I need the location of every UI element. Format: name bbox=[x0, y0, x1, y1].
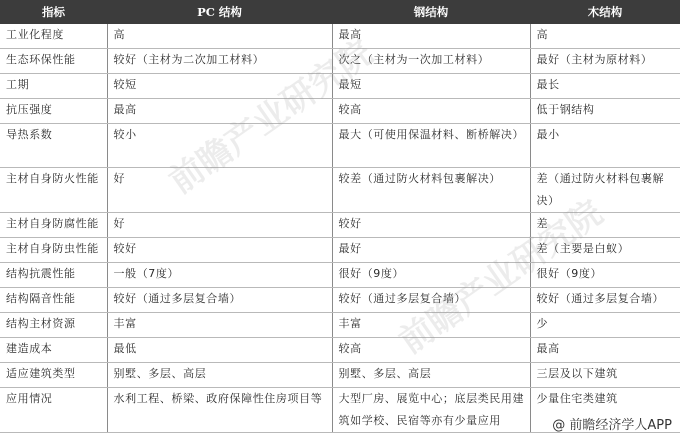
comparison-table: 指标 PC 结构 钢结构 木结构 工业化程度高最高高生态环保性能较好（主材为二次… bbox=[0, 0, 680, 433]
cell-indicator: 主材自身防腐性能 bbox=[0, 213, 107, 238]
cell-pc: 较短 bbox=[107, 74, 332, 99]
cell-indicator: 主材自身防虫性能 bbox=[0, 238, 107, 263]
table-row: 导热系数较小最大（可使用保温材料、断桥解决）最小 bbox=[0, 124, 680, 168]
cell-steel: 较好（通过多层复合墙） bbox=[332, 288, 530, 313]
cell-pc: 较好（通过多层复合墙） bbox=[107, 288, 332, 313]
table-row: 结构隔音性能较好（通过多层复合墙）较好（通过多层复合墙）较好（通过多层复合墙） bbox=[0, 288, 680, 313]
cell-wood: 最高 bbox=[530, 338, 680, 363]
cell-indicator: 工业化程度 bbox=[0, 24, 107, 49]
table-row: 主材自身防火性能好较差（通过防火材料包裹解决）差（通过防火材料包裹解决） bbox=[0, 168, 680, 213]
table-row: 生态环保性能较好（主材为二次加工材料）次之（主材为一次加工材料）最好（主材为原材… bbox=[0, 49, 680, 74]
cell-steel: 最好 bbox=[332, 238, 530, 263]
cell-indicator: 结构抗震性能 bbox=[0, 263, 107, 288]
cell-steel: 较好 bbox=[332, 213, 530, 238]
cell-pc: 较好（主材为二次加工材料） bbox=[107, 49, 332, 74]
cell-pc: 好 bbox=[107, 213, 332, 238]
cell-indicator: 导热系数 bbox=[0, 124, 107, 168]
source-credit: @ 前瞻经济学人APP bbox=[552, 414, 672, 433]
table-row: 工业化程度高最高高 bbox=[0, 24, 680, 49]
cell-pc: 好 bbox=[107, 168, 332, 213]
cell-wood: 最小 bbox=[530, 124, 680, 168]
cell-steel: 较高 bbox=[332, 99, 530, 124]
cell-steel: 最大（可使用保温材料、断桥解决） bbox=[332, 124, 530, 168]
cell-steel: 很好（9度） bbox=[332, 263, 530, 288]
cell-pc: 最低 bbox=[107, 338, 332, 363]
cell-pc: 丰富 bbox=[107, 313, 332, 338]
cell-wood: 高 bbox=[530, 24, 680, 49]
table-row: 建造成本最低较高最高 bbox=[0, 338, 680, 363]
cell-indicator: 生态环保性能 bbox=[0, 49, 107, 74]
cell-steel: 最短 bbox=[332, 74, 530, 99]
header-steel-structure: 钢结构 bbox=[332, 0, 530, 24]
cell-wood: 差（主要是白蚁） bbox=[530, 238, 680, 263]
cell-steel: 较差（通过防火材料包裹解决） bbox=[332, 168, 530, 213]
cell-pc: 水利工程、桥梁、政府保障性住房项目等 bbox=[107, 388, 332, 433]
cell-wood: 三层及以下建筑 bbox=[530, 363, 680, 388]
cell-wood: 少 bbox=[530, 313, 680, 338]
header-indicator: 指标 bbox=[0, 0, 107, 24]
table-row: 主材自身防虫性能较好最好差（主要是白蚁） bbox=[0, 238, 680, 263]
table-row: 适应建筑类型别墅、多层、高层别墅、多层、高层三层及以下建筑 bbox=[0, 363, 680, 388]
cell-indicator: 结构隔音性能 bbox=[0, 288, 107, 313]
table-row: 结构主材资源丰富丰富少 bbox=[0, 313, 680, 338]
header-row: 指标 PC 结构 钢结构 木结构 bbox=[0, 0, 680, 24]
cell-indicator: 适应建筑类型 bbox=[0, 363, 107, 388]
cell-pc: 最高 bbox=[107, 99, 332, 124]
cell-indicator: 结构主材资源 bbox=[0, 313, 107, 338]
cell-wood: 差 bbox=[530, 213, 680, 238]
table-row: 抗压强度最高较高低于钢结构 bbox=[0, 99, 680, 124]
cell-steel: 较高 bbox=[332, 338, 530, 363]
cell-steel: 最高 bbox=[332, 24, 530, 49]
cell-wood: 最长 bbox=[530, 74, 680, 99]
cell-indicator: 工期 bbox=[0, 74, 107, 99]
cell-pc: 较好 bbox=[107, 238, 332, 263]
cell-wood: 很好（9度） bbox=[530, 263, 680, 288]
header-pc-structure: PC 结构 bbox=[107, 0, 332, 24]
cell-steel: 别墅、多层、高层 bbox=[332, 363, 530, 388]
cell-indicator: 抗压强度 bbox=[0, 99, 107, 124]
cell-pc: 一般（7度） bbox=[107, 263, 332, 288]
table-row: 结构抗震性能一般（7度）很好（9度）很好（9度） bbox=[0, 263, 680, 288]
cell-wood: 差（通过防火材料包裹解决） bbox=[530, 168, 680, 213]
table-row: 工期较短最短最长 bbox=[0, 74, 680, 99]
cell-wood: 较好（通过多层复合墙） bbox=[530, 288, 680, 313]
cell-indicator: 建造成本 bbox=[0, 338, 107, 363]
cell-pc: 高 bbox=[107, 24, 332, 49]
table-row: 主材自身防腐性能好较好差 bbox=[0, 213, 680, 238]
cell-indicator: 应用情况 bbox=[0, 388, 107, 433]
cell-steel: 大型厂房、展览中心；底层类民用建筑如学校、民宿等亦有少量应用 bbox=[332, 388, 530, 433]
cell-steel: 次之（主材为一次加工材料） bbox=[332, 49, 530, 74]
cell-pc: 较小 bbox=[107, 124, 332, 168]
cell-steel: 丰富 bbox=[332, 313, 530, 338]
cell-wood: 低于钢结构 bbox=[530, 99, 680, 124]
cell-indicator: 主材自身防火性能 bbox=[0, 168, 107, 213]
cell-wood: 最好（主材为原材料） bbox=[530, 49, 680, 74]
header-wood-structure: 木结构 bbox=[530, 0, 680, 24]
cell-pc: 别墅、多层、高层 bbox=[107, 363, 332, 388]
